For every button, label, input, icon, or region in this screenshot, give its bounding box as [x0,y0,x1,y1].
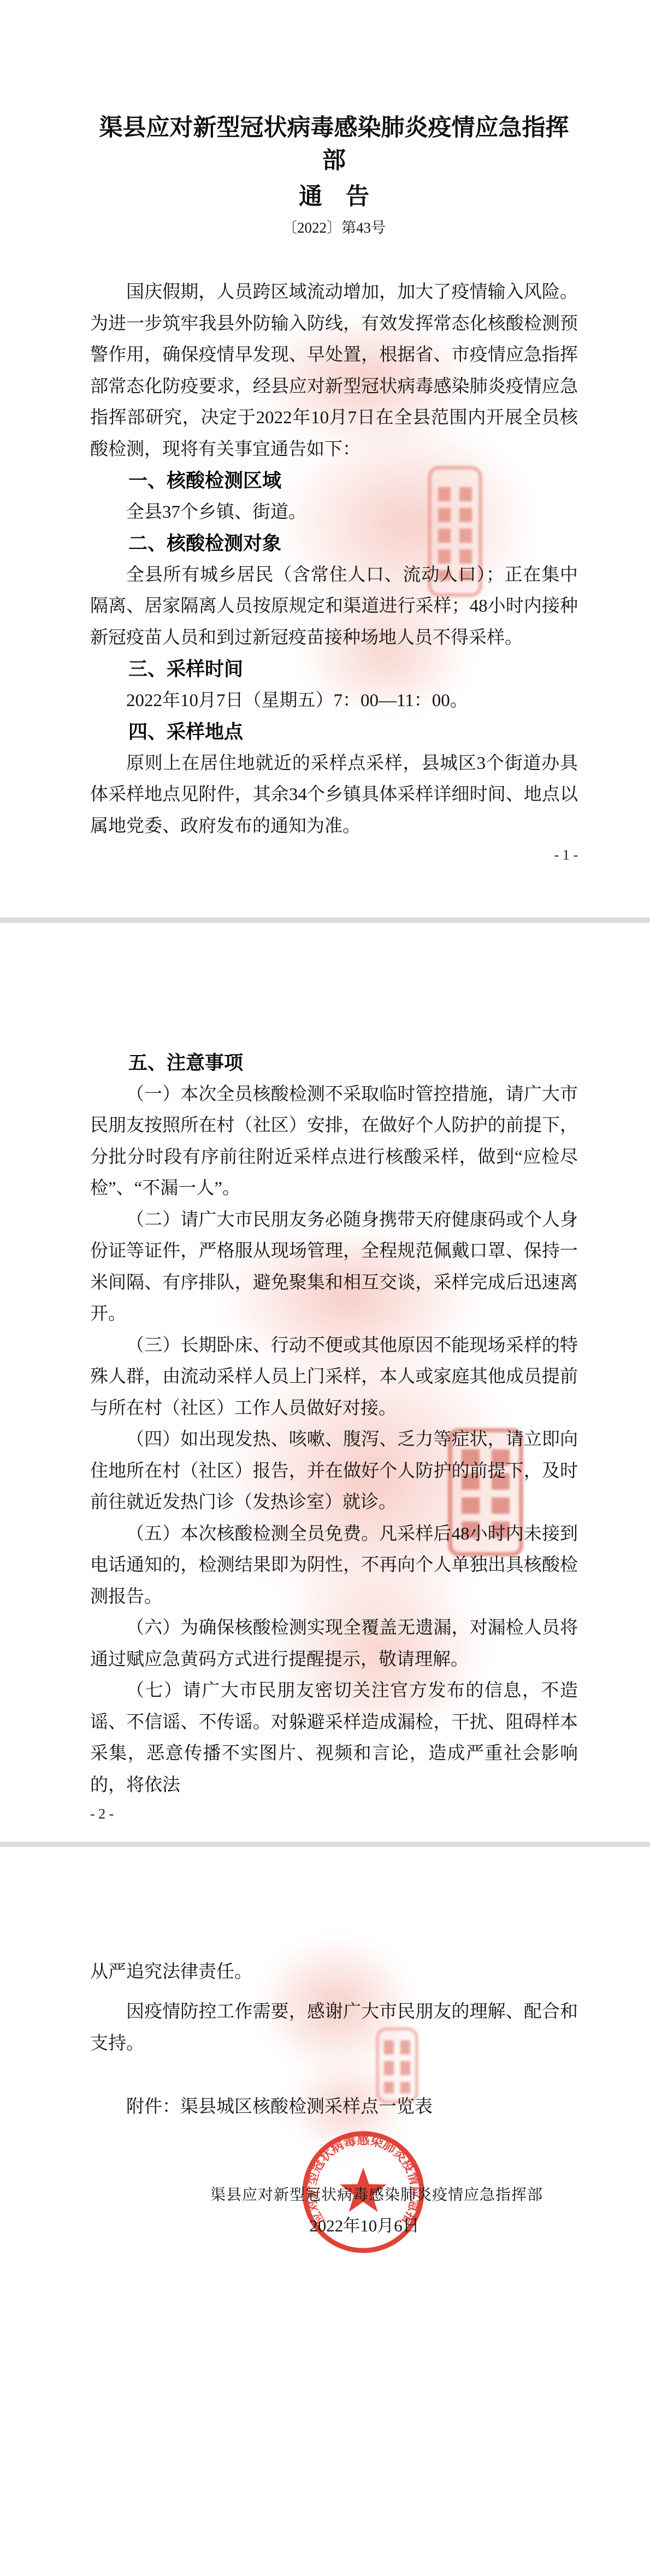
notice-item-1: （一）本次全员核酸检测不采取临时管控措施，请广大市民朋友按照所在村（社区）安排，… [90,1079,578,1205]
notice-item-2: （二）请广大市民朋友务必随身携带天府健康码或个人身份证等证件，严格服从现场管理，… [90,1205,578,1330]
document-title: 渠县应对新型冠状病毒感染肺炎疫情应急指挥部 [90,112,578,177]
page-separator [0,1842,650,1847]
section-heading-1: 一、核酸检测区域 [90,465,578,497]
notice-item-7: （七）请广大市民朋友密切关注官方发布的信息，不造谣、不信谣、不传谣。对躲避采样造… [90,1675,578,1801]
official-notice-document: 渠县应对新型冠状病毒感染肺炎疫情应急指挥部 通 告 〔2022〕第43号 国庆假… [0,0,650,2576]
attachment-line: 附件：渠县城区核酸检测采样点一览表 [90,2092,578,2123]
page-2: 五、注意事项 （一）本次全员核酸检测不采取临时管控措施，请广大市民朋友按照所在村… [0,923,650,1842]
issue-date: 2022年10月6日 [288,2214,441,2238]
notice-item-3: （三）长期卧床、行动不便或其他原因不能现场采样的特殊人群，由流动采样人员上门采样… [90,1330,578,1425]
continuation-line: 从严追究法律责任。 [90,1957,578,1988]
page-3: 从严追究法律责任。 因疫情防控工作需要，感谢广大市民朋友的理解、配合和支持。 附… [0,1847,650,2576]
notice-item-6: （六）为确保核酸检测实现全覆盖无遗漏，对漏检人员将通过赋应急黄码方式进行提醒提示… [90,1613,578,1675]
notice-item-5: （五）本次核酸检测全员免费。凡采样后48小时内未接到电话通知的，检测结果即为阴性… [90,1519,578,1613]
document-number: 〔2022〕第43号 [90,217,578,239]
section-heading-2: 二、核酸检测对象 [90,528,578,560]
section-heading-5: 五、注意事项 [90,1047,578,1079]
thanks-paragraph: 因疫情防控工作需要，感谢广大市民朋友的理解、配合和支持。 [90,1997,578,2059]
paragraph-subjects: 全县所有城乡居民（含常住人口、流动人口）；正在集中隔离、居家隔离人员按原规定和渠… [90,560,578,654]
section-heading-3: 三、采样时间 [90,654,578,685]
intro-paragraph: 国庆假期，人员跨区域流动增加，加大了疫情输入风险。为进一步筑牢我县外防输入防线，… [90,277,578,465]
page-separator [0,917,650,923]
notice-item-4: （四）如出现发热、咳嗽、腹泻、乏力等症状，请立即向住地所在村（社区）报告，并在做… [90,1424,578,1519]
paragraph-locations: 原则上在居住地就近的采样点采样，县城区3个街道办具体采样地点见附件，其余34个乡… [90,748,578,843]
paragraph-time: 2022年10月7日（星期五）7：00—11：00。 [90,685,578,717]
page-1: 渠县应对新型冠状病毒感染肺炎疫情应急指挥部 通 告 〔2022〕第43号 国庆假… [0,0,650,917]
section-heading-4: 四、采样地点 [90,716,578,748]
issuer-signature: 渠县应对新型冠状病毒感染肺炎疫情应急指挥部 [210,2183,542,2207]
paragraph-region: 全县37个乡镇、街道。 [90,497,578,529]
page-number-1: - 1 - [90,845,578,865]
notice-heading: 通 告 [90,181,578,214]
page-number-2: - 2 - [90,1804,578,1824]
